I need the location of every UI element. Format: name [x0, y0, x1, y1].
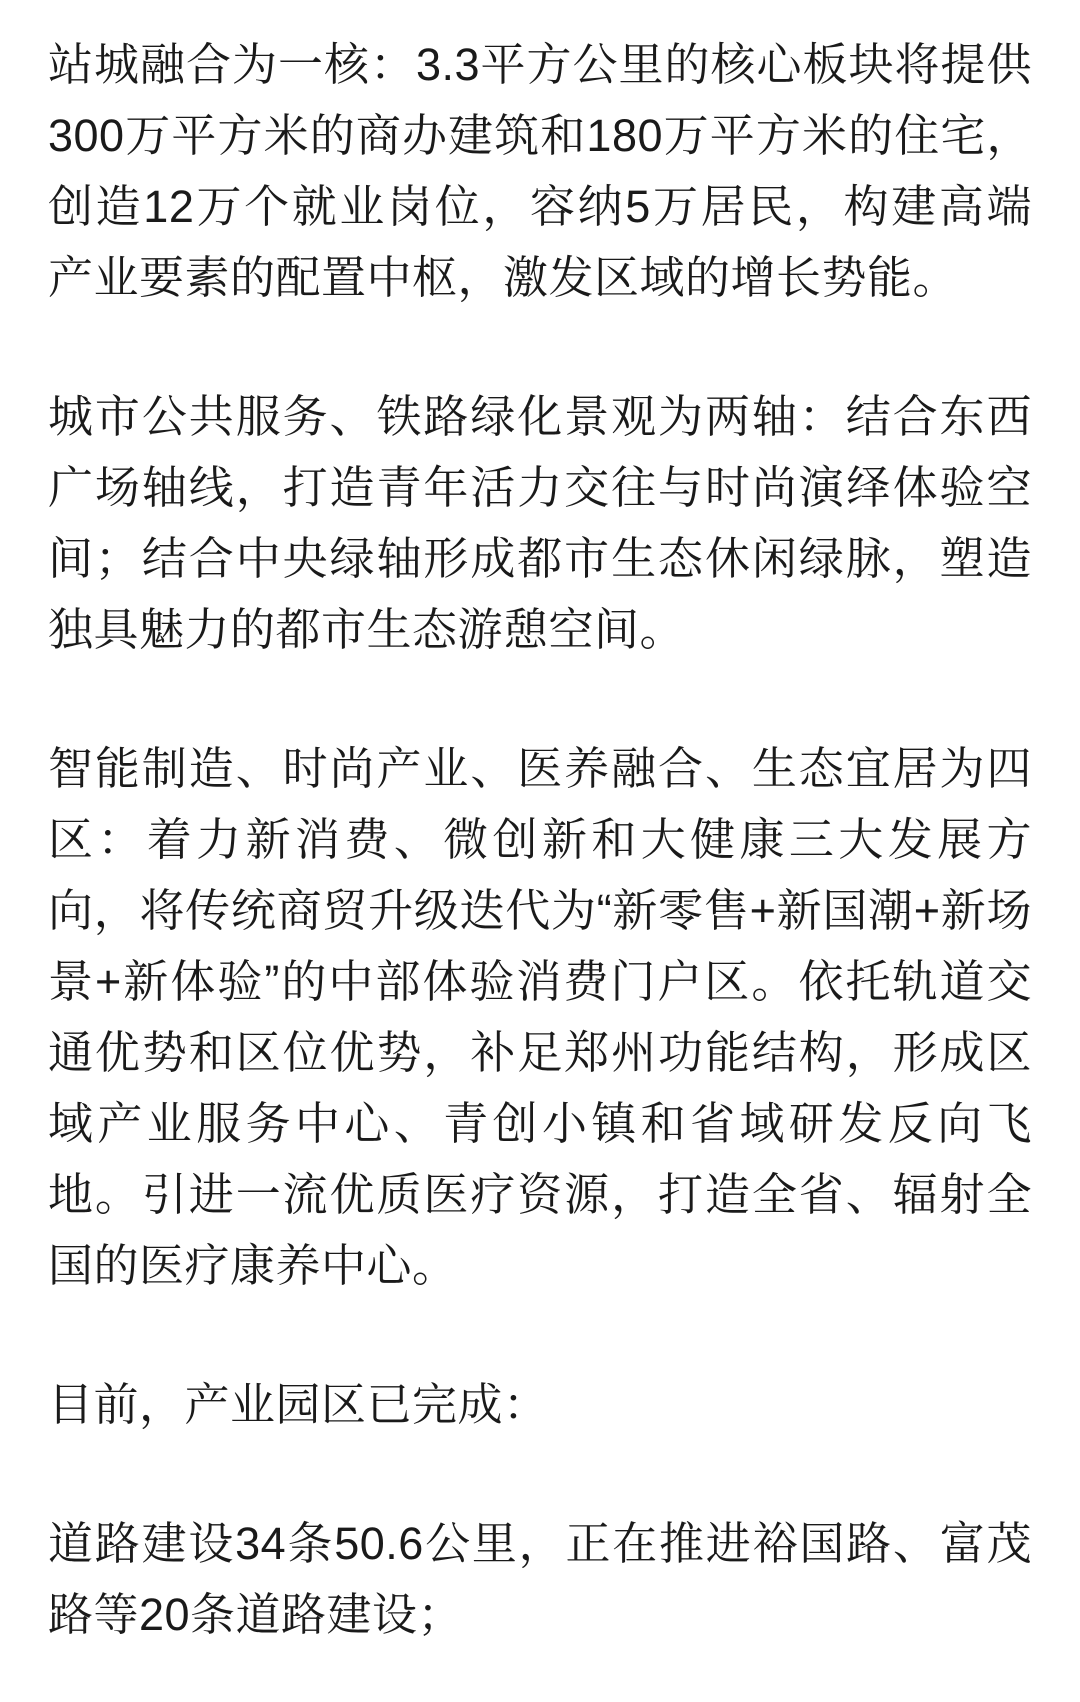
- paragraph-four-districts: 智能制造、时尚产业、医养融合、生态宜居为四区：着力新消费、微创新和大健康三大发展…: [48, 733, 1032, 1301]
- paragraph-road-construction: 道路建设34条50.6公里，正在推进裕国路、富茂路等20条道路建设；: [48, 1508, 1032, 1650]
- paragraph-park-progress-intro: 目前，产业园区已完成：: [48, 1369, 1032, 1440]
- paragraph-two-axes: 城市公共服务、铁路绿化景观为两轴：结合东西广场轴线，打造青年活力交往与时尚演绎体…: [48, 381, 1032, 665]
- paragraph-core-zone: 站城融合为一核：3.3平方公里的核心板块将提供300万平方米的商办建筑和180万…: [48, 29, 1032, 313]
- article-body: 站城融合为一核：3.3平方公里的核心板块将提供300万平方米的商办建筑和180万…: [0, 0, 1080, 1690]
